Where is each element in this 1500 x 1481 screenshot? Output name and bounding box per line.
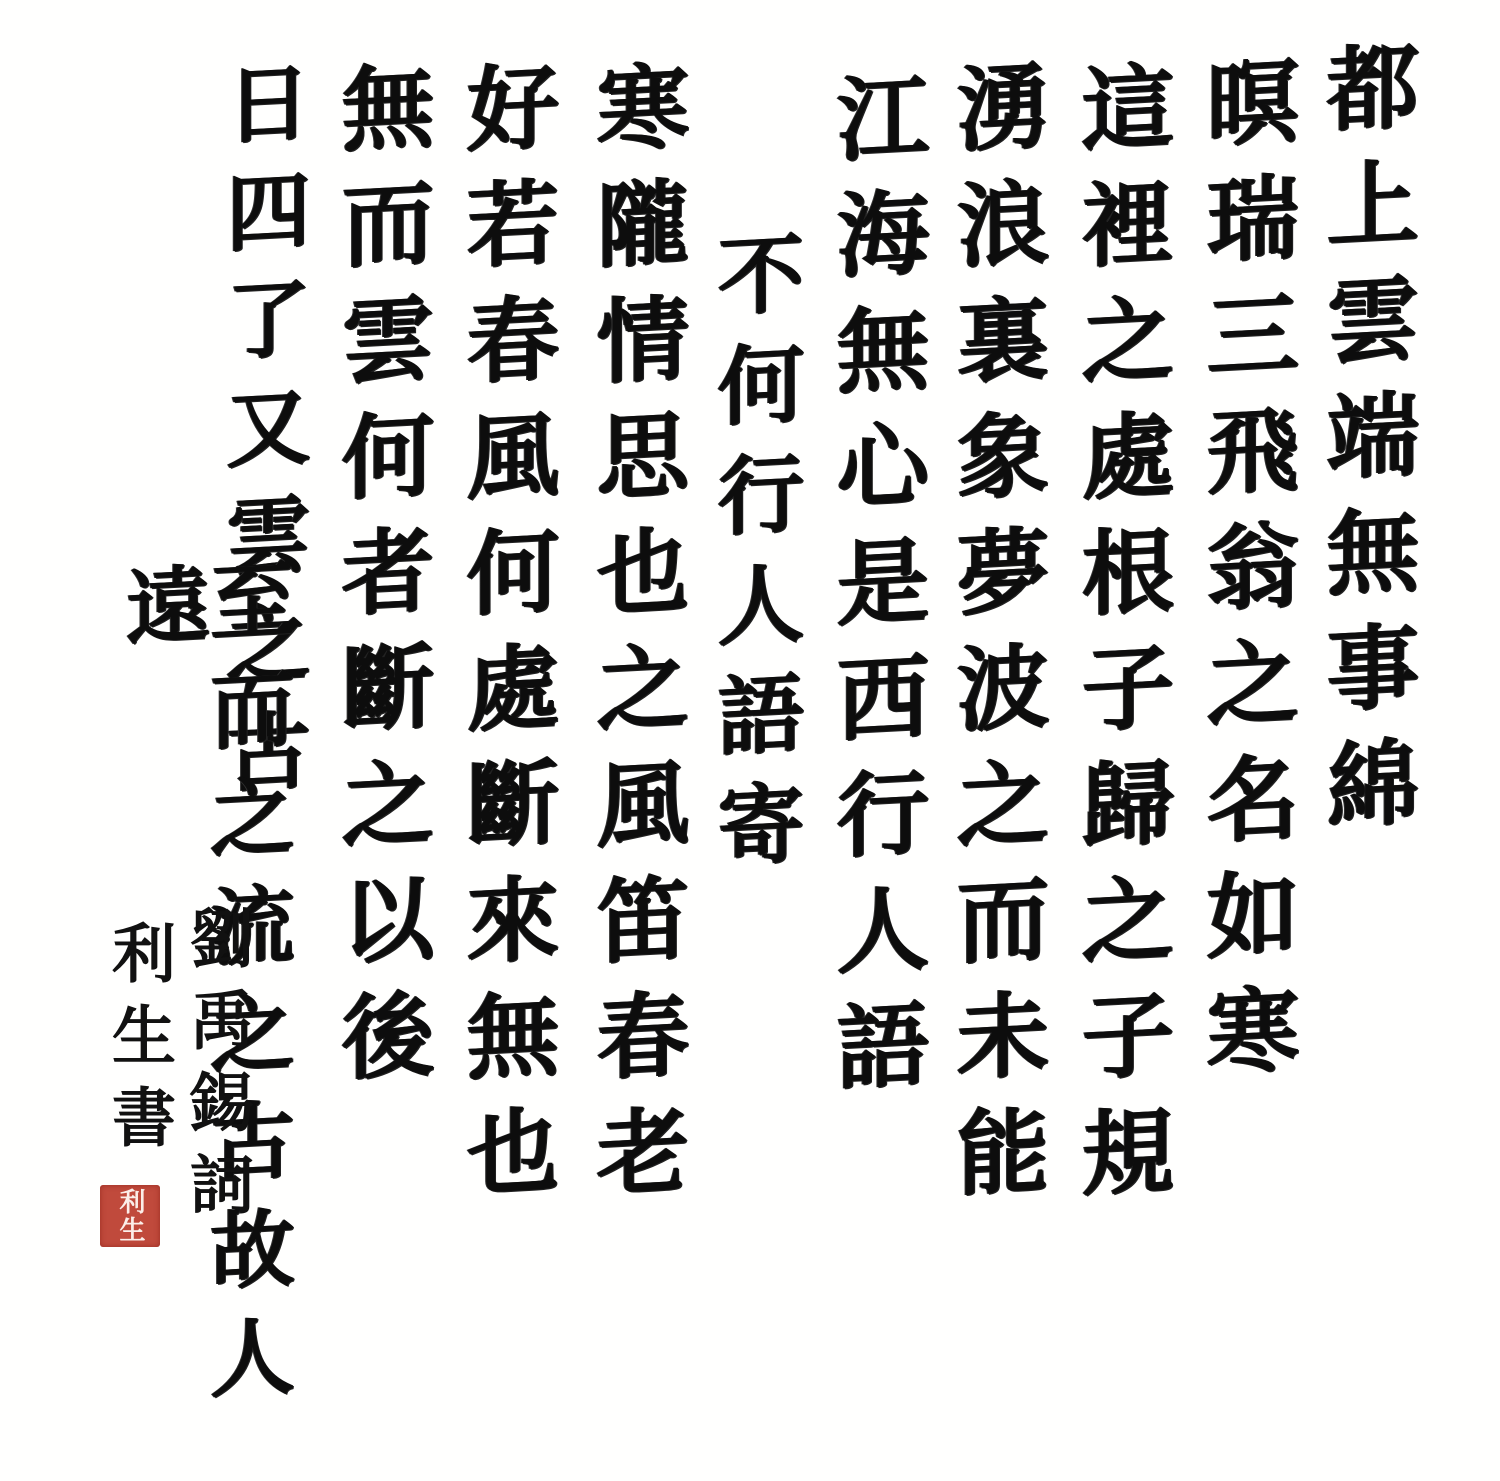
calligraphy-column-3: 這裡之處根子歸之子規 — [1075, 58, 1167, 1223]
signature-line-2: 利生書 — [92, 920, 184, 1166]
red-seal-stamp: 利生 — [100, 1185, 160, 1247]
calligraphy-column-9: 無而雲何者斷之以後 — [335, 58, 427, 1107]
calligraphy-artwork: 都上雲端無事綿 暝瑞三飛翁之名如寒 這裡之處根子歸之子規 湧浪裏象夢波之而未能 … — [0, 0, 1500, 1481]
seal-text: 利生 — [117, 1188, 143, 1244]
calligraphy-column-4: 湧浪裏象夢波之而未能 — [950, 58, 1042, 1223]
calligraphy-column-7: 寒隴情思也之風笛春老 — [590, 58, 682, 1223]
calligraphy-column-5: 江海無心是西行人語 — [830, 68, 922, 1117]
calligraphy-column-1: 都上雲端無事綿 — [1320, 38, 1412, 855]
calligraphy-column-8: 好若春風何處斷來無也 — [460, 58, 552, 1223]
calligraphy-column-6: 不何行人語寄 — [710, 228, 796, 893]
calligraphy-column-2: 暝瑞三飛翁之名如寒 — [1200, 53, 1292, 1102]
